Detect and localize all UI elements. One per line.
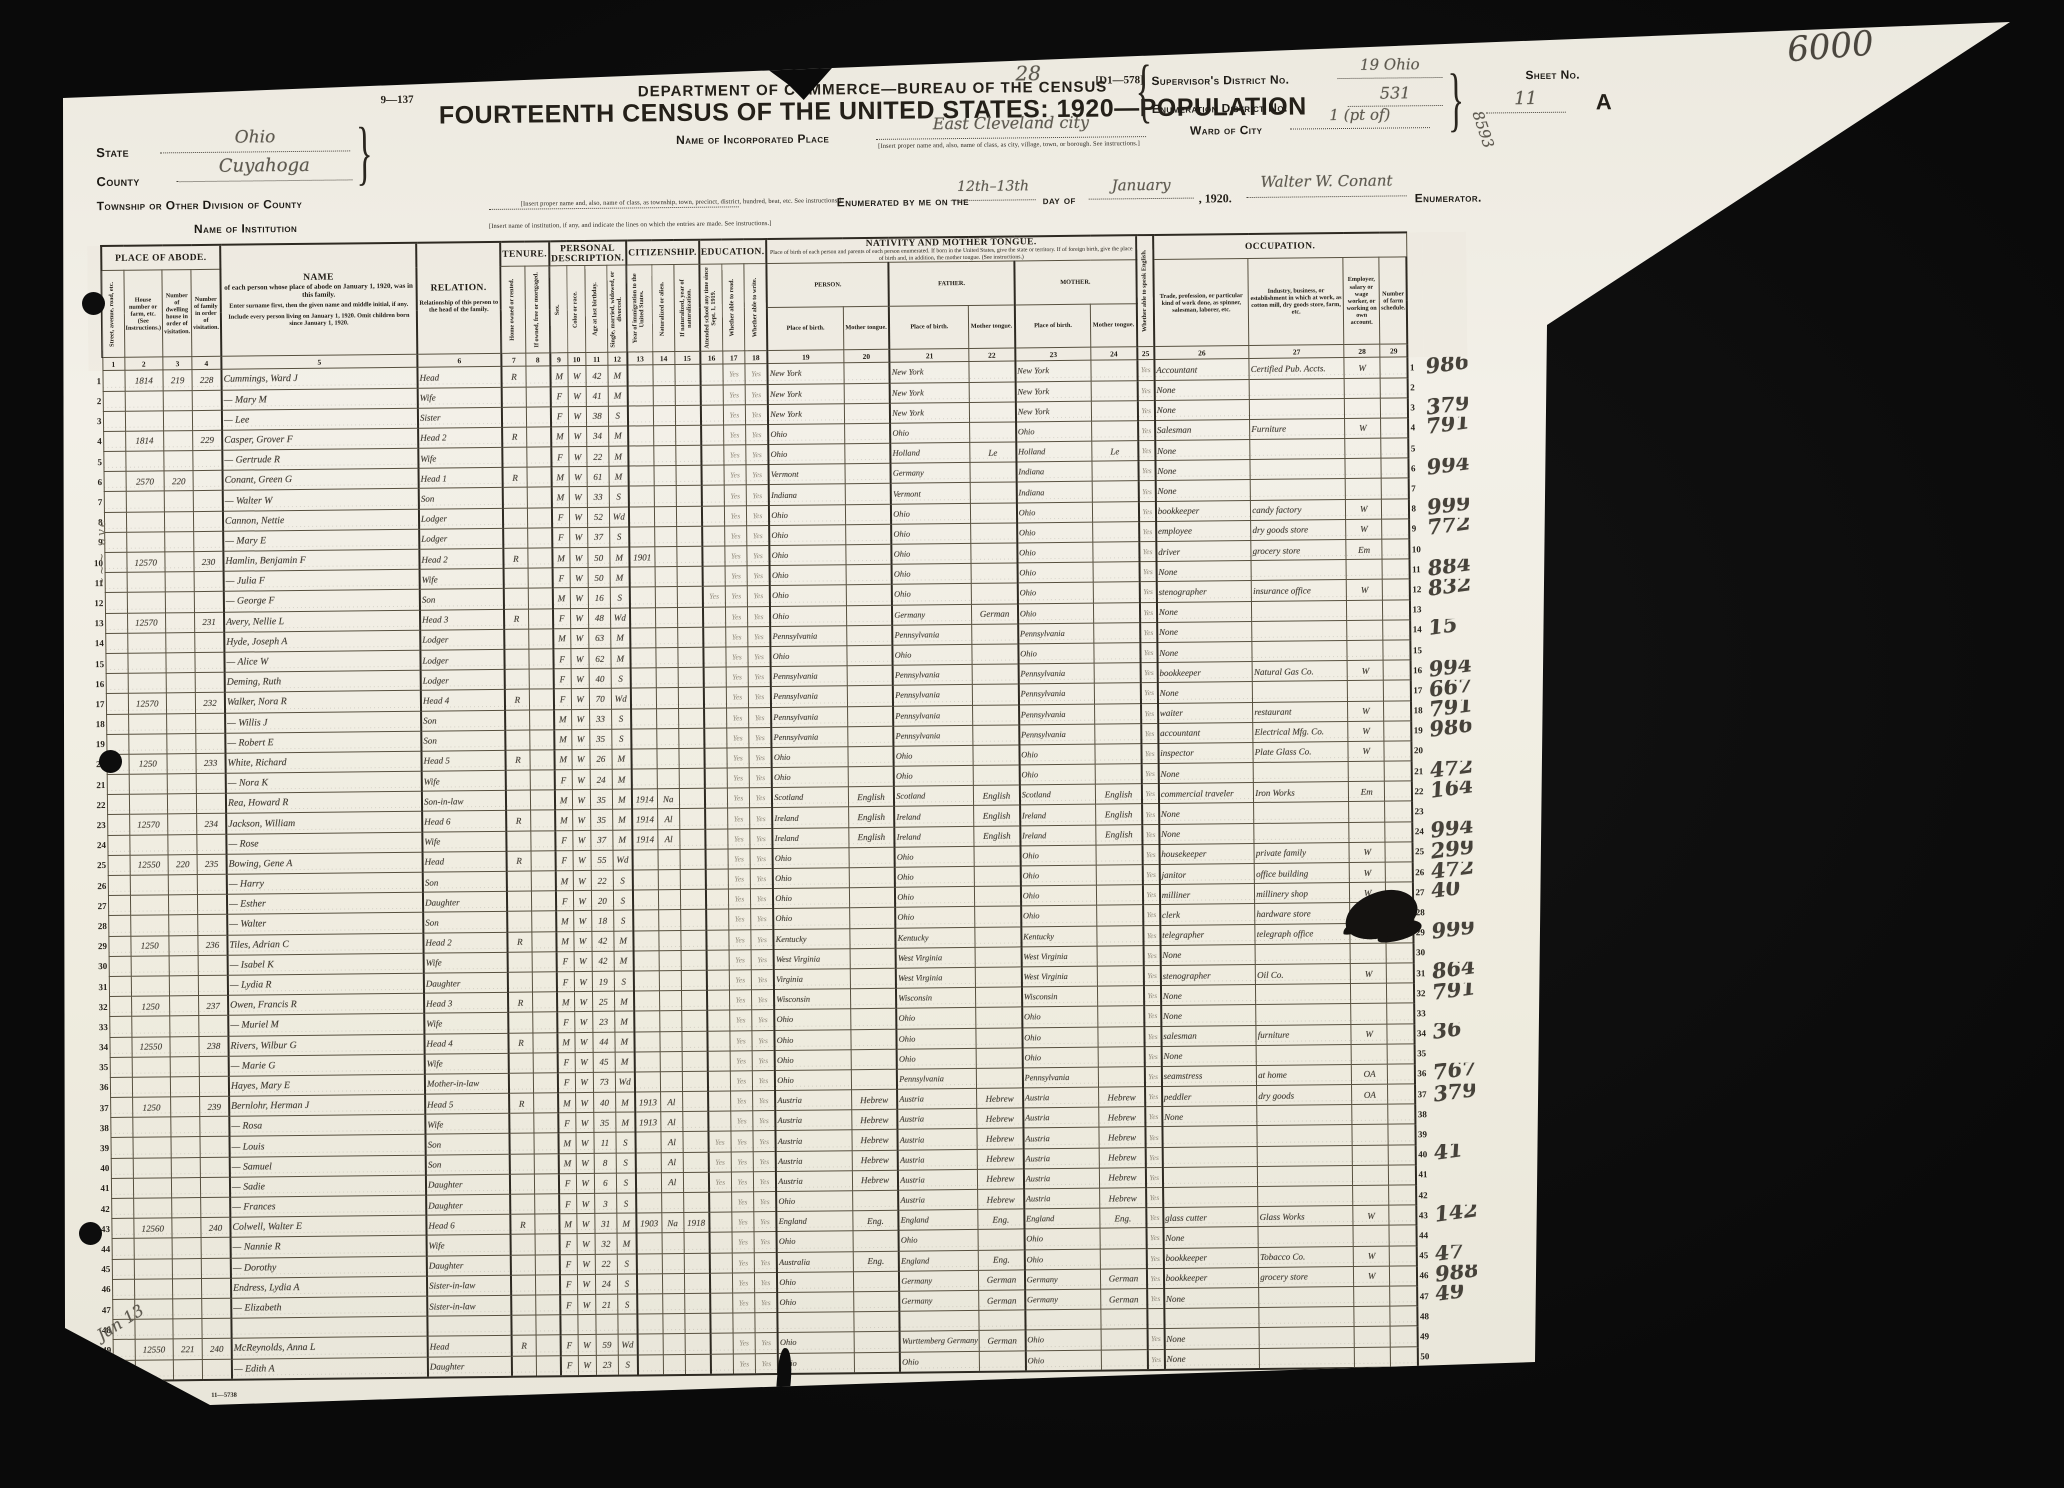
cell-na <box>656 668 678 688</box>
cell-im <box>634 1011 659 1031</box>
cell-rd: Yes <box>724 465 746 485</box>
cell-wr: Yes <box>752 1050 775 1070</box>
cell-in: furniture <box>1256 1024 1351 1045</box>
cell-n: — Lydia R <box>228 973 424 995</box>
cell-fb: Ohio <box>900 1351 980 1373</box>
cell-t <box>511 1255 536 1275</box>
column-number: 25 <box>1137 347 1154 360</box>
column-number: 14 <box>652 352 674 365</box>
margin-number: 49 <box>1434 1285 1466 1306</box>
cell-in: at home <box>1257 1064 1352 1085</box>
line-number-right: 2 <box>1408 377 1424 397</box>
cell-em: W <box>1348 721 1384 742</box>
cell-t <box>512 1356 537 1377</box>
cell-em <box>1345 438 1381 459</box>
line-number-left: 24 <box>93 835 107 855</box>
cell-s: F <box>560 1254 577 1274</box>
cell-s: F <box>557 1052 574 1072</box>
cell-c: W <box>575 1052 594 1072</box>
cell-in <box>1259 1307 1354 1328</box>
cell-ow <box>530 790 555 810</box>
cell-ow <box>527 507 552 527</box>
cell-c: W <box>576 1153 595 1173</box>
cell-ow <box>533 1093 558 1113</box>
cell-in: Electrical Mfg. Co. <box>1253 721 1348 742</box>
cell-m: M <box>608 365 628 385</box>
cell-s: F <box>560 1295 577 1315</box>
cell-sc <box>710 1353 733 1374</box>
cell-rd: Yes <box>733 1293 755 1313</box>
cell-mb: Ohio <box>1022 1047 1098 1068</box>
cell-rd: Yes <box>729 990 751 1010</box>
cell-d <box>166 673 195 693</box>
cell-s: M <box>556 931 573 951</box>
cell-fs <box>1381 418 1409 438</box>
cell-n: — Gertrude R <box>222 448 418 470</box>
cell-mb: Ireland <box>1020 825 1096 846</box>
cell-en: Yes <box>1140 622 1157 642</box>
cell-st <box>107 795 129 815</box>
cell-a: 40 <box>593 1092 615 1112</box>
column-number: 23 <box>1015 347 1091 361</box>
cell-fm <box>976 1048 1022 1069</box>
cell-f <box>196 713 226 733</box>
cell-im <box>636 1233 661 1253</box>
cell-t <box>509 1073 534 1093</box>
cell-h <box>127 653 166 674</box>
cell-a: 40 <box>589 668 611 688</box>
cell-r: Son <box>421 710 505 731</box>
cell-ow <box>534 1113 559 1133</box>
cell-wr: Yes <box>746 525 769 545</box>
cell-h <box>135 1359 174 1380</box>
line-number-right: 16 <box>1411 660 1427 680</box>
cell-mm <box>1093 542 1139 563</box>
cell-a: 42 <box>592 931 614 951</box>
margin-cell <box>1434 1305 1478 1326</box>
cell-mb: England <box>1024 1208 1100 1229</box>
cell-s: F <box>551 406 568 426</box>
cell-fs <box>1380 377 1408 397</box>
line-number-right: 43 <box>1417 1205 1433 1225</box>
cell-f <box>192 410 222 430</box>
cell-in: Certified Pub. Accts. <box>1249 358 1344 379</box>
cell-in: insurance office <box>1251 580 1346 601</box>
cell-n: Rivers, Wilbur G <box>228 1034 424 1056</box>
cell-t <box>503 528 528 548</box>
cell-mm <box>1092 481 1138 502</box>
cell-h <box>130 875 169 896</box>
cell-sc: Yes <box>702 586 725 606</box>
cell-h: 12570 <box>127 612 166 633</box>
cell-s: M <box>557 992 574 1012</box>
cell-h: 1250 <box>128 754 167 775</box>
cell-mt <box>850 948 896 969</box>
cell-em: W <box>1345 418 1381 439</box>
cell-n: Rea, Howard R <box>226 791 422 813</box>
cell-m: M <box>617 1233 637 1253</box>
cell-oc <box>1162 1146 1257 1167</box>
cell-rd: Yes <box>725 526 747 546</box>
cell-mt: Hebrew <box>852 1130 898 1151</box>
cell-r: Head 3 <box>424 992 508 1013</box>
cell-r: Wife <box>418 447 502 468</box>
cell-fb: Pennsylvania <box>893 665 973 686</box>
line-number-right: 45 <box>1417 1245 1433 1265</box>
line-number-left: 26 <box>94 875 108 895</box>
cell-d <box>165 572 194 592</box>
cell-en: Yes <box>1138 420 1155 440</box>
cell-s: F <box>554 770 571 790</box>
margin-cell <box>1427 639 1471 660</box>
cell-n: — George F <box>224 590 420 612</box>
cell-rd: Yes <box>732 1232 754 1252</box>
cell-n: — Mary E <box>223 529 419 551</box>
cell-f <box>198 975 228 995</box>
cell-ow <box>536 1355 561 1376</box>
line-number-right: 8 <box>1409 498 1425 518</box>
cell-wr: Yes <box>745 424 768 444</box>
cell-d <box>167 713 196 733</box>
cell-ow <box>529 629 554 649</box>
cell-fs <box>1389 1245 1417 1265</box>
line-number-left: 35 <box>96 1057 110 1077</box>
cell-en: Yes <box>1140 602 1157 622</box>
cell-m: S <box>616 1173 636 1193</box>
cell-im <box>634 1031 659 1051</box>
cell-ny <box>684 1233 709 1253</box>
cell-sc <box>702 526 725 546</box>
cell-in <box>1258 1165 1353 1186</box>
cell-r: Head 5 <box>425 1093 509 1114</box>
cell-na <box>656 728 678 748</box>
cell-em: W <box>1344 357 1380 378</box>
cell-oc: None <box>1155 480 1250 501</box>
cell-a: 62 <box>589 648 611 668</box>
cell-sc <box>707 1010 730 1030</box>
cell-pb: Pennsylvania <box>771 706 847 727</box>
cell-wr: Yes <box>745 384 768 404</box>
line-number-right: 10 <box>1410 539 1426 559</box>
cell-t <box>504 649 529 669</box>
incorporated-place-value: East Cleveland city <box>933 113 1089 134</box>
cell-wr: Yes <box>746 485 769 505</box>
cell-m: M <box>612 809 632 829</box>
cell-ow <box>532 952 557 972</box>
cell-oc: housekeeper <box>1159 843 1254 864</box>
cell-t <box>509 1133 534 1153</box>
cell-s: F <box>552 568 569 588</box>
cell-a: 41 <box>586 386 608 406</box>
cell-oc: commercial traveler <box>1159 783 1254 804</box>
col-father-pob: Place of birth. <box>889 305 969 349</box>
cell-fs <box>1389 1185 1417 1205</box>
cell-ny <box>677 587 702 607</box>
cell-im <box>636 1152 661 1172</box>
margin-cell <box>1430 902 1474 923</box>
cell-wr: Yes <box>750 869 773 889</box>
cell-fm: English <box>974 785 1020 806</box>
cell-ow <box>526 386 551 406</box>
cell-oc: None <box>1159 823 1254 844</box>
cell-in <box>1256 1004 1351 1025</box>
group-education: EDUCATION. <box>699 239 767 265</box>
cell-d <box>166 693 195 713</box>
cell-rd: Yes <box>723 364 745 384</box>
cell-t: R <box>502 467 527 487</box>
cell-fb: Ohio <box>893 644 973 665</box>
line-number-right: 22 <box>1412 781 1428 801</box>
cell-im: 1901 <box>629 547 654 567</box>
cell-ow <box>530 729 555 749</box>
ward-value: 1 (pt of) <box>1329 106 1390 125</box>
cell-pb: Wisconsin <box>774 989 850 1010</box>
margin-number: 999 <box>1430 922 1474 943</box>
margin-cell <box>1425 478 1469 499</box>
cell-in: Furniture <box>1250 418 1345 439</box>
margin-number: 667 <box>1428 680 1472 701</box>
line-number-right: 5 <box>1409 438 1425 458</box>
cell-pb: Ohio <box>770 585 846 606</box>
cell-h <box>134 1258 173 1279</box>
cell-t: R <box>509 1093 534 1113</box>
cell-c: W <box>573 870 592 890</box>
cell-h <box>127 572 166 593</box>
group-occupation: OCCUPATION. <box>1153 232 1407 259</box>
cell-im <box>629 567 654 587</box>
cell-f: 239 <box>200 1096 230 1116</box>
cell-h: 2570 <box>126 471 165 492</box>
cell-m: S <box>613 910 633 930</box>
cell-na <box>655 567 677 587</box>
cell-na <box>654 526 676 546</box>
cell-na <box>660 1051 682 1071</box>
cell-s: M <box>554 729 571 749</box>
cell-f <box>196 773 226 793</box>
cell-h <box>133 1178 172 1199</box>
cell-d <box>167 733 196 753</box>
cell-f <box>194 571 224 591</box>
cell-fm: German <box>979 1290 1025 1311</box>
margin-number: 772 <box>1426 518 1470 539</box>
cell-pb: Ohio <box>777 1271 853 1292</box>
cell-rd: Yes <box>732 1212 754 1232</box>
cell-n: — Elizabeth <box>231 1296 427 1318</box>
line-number-right: 33 <box>1415 1003 1431 1023</box>
cell-n: — Edith A <box>232 1357 428 1380</box>
cell-sc <box>703 607 726 627</box>
cell-na: Al <box>660 1092 682 1112</box>
cell-mt <box>849 908 895 929</box>
cell-ny <box>682 1091 707 1111</box>
cell-fb: New York <box>890 382 970 403</box>
cell-st <box>107 835 129 855</box>
cell-mm <box>1094 622 1140 643</box>
cell-mt <box>845 524 891 545</box>
cell-mb <box>1025 1309 1101 1330</box>
col-marital: Single, married, widowed, or divorced. <box>607 265 628 352</box>
cell-in <box>1253 762 1348 783</box>
cell-wr: Yes <box>746 445 769 465</box>
cell-n: Jackson, William <box>226 812 422 834</box>
cell-fb: Kentucky <box>896 927 976 948</box>
cell-oc: None <box>1157 641 1252 662</box>
margin-cell <box>1432 1164 1476 1185</box>
cell-f <box>202 1318 232 1338</box>
cell-mm <box>1092 461 1138 482</box>
cell-a: 35 <box>594 1112 616 1132</box>
cell-s: M <box>550 366 567 386</box>
enumerator-name: Walter W. Conant <box>1261 172 1393 191</box>
col-attended-school: Attended school any time since Sept. 1, … <box>699 264 723 351</box>
cell-na <box>656 708 678 728</box>
cell-mb: Ohio <box>1026 1350 1102 1371</box>
cell-m: M <box>609 446 629 466</box>
cell-fm: German <box>979 1330 1025 1351</box>
cell-rd: Yes <box>724 445 746 465</box>
cell-f: 237 <box>199 995 229 1015</box>
cell-fm <box>972 644 1018 665</box>
margin-cell: 142 <box>1433 1204 1477 1225</box>
cell-im: 1903 <box>636 1213 661 1233</box>
cell-em <box>1352 1145 1388 1166</box>
cell-oc: None <box>1158 682 1253 703</box>
cell-c: W <box>573 931 592 951</box>
cell-fm <box>971 523 1017 544</box>
cell-ow <box>529 689 554 709</box>
group-name: NAME of each person whose place of abode… <box>220 243 417 357</box>
cell-pb: Scotland <box>772 787 848 808</box>
cell-m: S <box>611 729 631 749</box>
margin-cell <box>1426 599 1470 620</box>
cell-c: W <box>572 769 591 789</box>
cell-rd: Yes <box>723 384 745 404</box>
cell-n: Owen, Francis R <box>228 993 424 1015</box>
line-number-left: 36 <box>96 1077 110 1097</box>
col-age: Age at last birthday. <box>585 266 608 353</box>
district-brace-close: } <box>1447 62 1464 142</box>
cell-m: S <box>613 870 633 890</box>
cell-m: S <box>614 971 634 991</box>
line-number-left: 38 <box>96 1118 110 1138</box>
column-number: 10 <box>567 353 586 366</box>
cell-r: Wife <box>418 387 502 408</box>
cell-t: R <box>504 609 529 629</box>
cell-f <box>199 1056 229 1076</box>
cell-r: Lodger <box>421 669 505 690</box>
cell-in <box>1252 620 1347 641</box>
cell-oc: driver <box>1156 541 1251 562</box>
cell-d <box>171 1097 200 1117</box>
line-number-right: 14 <box>1411 619 1427 639</box>
cell-sc <box>707 990 730 1010</box>
line-number-right: 12 <box>1410 579 1426 599</box>
cell-s: M <box>552 548 569 568</box>
cell-s: M <box>553 628 570 648</box>
cell-pb: Ohio <box>773 868 849 889</box>
table-body: 11814219228Cummings, Ward JHeadRMW42MYes… <box>88 357 1478 1381</box>
cell-st <box>106 714 128 734</box>
cell-mb: Austria <box>1024 1188 1100 1209</box>
cell-oc: None <box>1155 399 1250 420</box>
cell-em <box>1345 398 1381 419</box>
cell-em: W <box>1346 499 1382 520</box>
cell-n: — Samuel <box>230 1155 426 1177</box>
cell-in <box>1258 1226 1353 1247</box>
cell-n: Cummings, Ward J <box>221 368 417 390</box>
cell-s: F <box>556 951 573 971</box>
cell-mm: English <box>1096 784 1142 805</box>
cell-em <box>1351 983 1387 1004</box>
cell-im <box>636 1193 661 1213</box>
cell-na: Al <box>661 1172 683 1192</box>
cell-mb: West Virginia <box>1021 966 1097 987</box>
cell-ow <box>527 447 552 467</box>
cell-d <box>173 1359 202 1380</box>
cell-t <box>508 1012 533 1032</box>
cell-in <box>1259 1327 1354 1348</box>
cell-fb: Ohio <box>897 1048 977 1069</box>
cell-fm <box>973 745 1019 766</box>
cell-wr: Yes <box>749 768 772 788</box>
cell-mt <box>851 1029 897 1050</box>
cell-rd: Yes <box>731 1151 753 1171</box>
cell-s: M <box>558 1133 575 1153</box>
cell-fb: Wisconsin <box>896 988 976 1009</box>
group-relation: RELATION. Relationship of this person to… <box>416 242 501 355</box>
cell-m: S <box>616 1132 636 1152</box>
cell-ny <box>678 667 703 687</box>
margin-number: 988 <box>1434 1265 1478 1286</box>
cell-ow <box>528 608 553 628</box>
margin-cell: 47 <box>1433 1245 1477 1266</box>
cell-na <box>653 446 675 466</box>
cell-d <box>163 390 192 410</box>
cell-a: 59 <box>596 1334 618 1354</box>
cell-t <box>509 1053 534 1073</box>
cell-en: Yes <box>1139 541 1156 561</box>
cell-in: millinery shop <box>1255 883 1350 904</box>
cell-d <box>169 935 198 955</box>
cell-d <box>164 451 193 471</box>
cell-mt: Hebrew <box>851 1089 897 1110</box>
cell-pb: England <box>777 1211 853 1232</box>
cell-r: Daughter <box>428 1356 512 1378</box>
cell-fb: Ohio <box>892 543 972 564</box>
margin-cell: 41 <box>1432 1144 1476 1165</box>
cell-r: Wife <box>425 1114 509 1135</box>
census-page: State Ohio County Cuyahoga } 9—137 DEPAR… <box>55 10 2030 1410</box>
cell-mt <box>846 564 892 585</box>
cell-mb: Ohio <box>1017 562 1093 583</box>
cell-ny: 1918 <box>684 1212 709 1232</box>
cell-a: 55 <box>591 850 613 870</box>
margin-cell: 767 <box>1431 1063 1475 1084</box>
cell-sc <box>707 1030 730 1050</box>
cell-c: W <box>574 951 593 971</box>
col-speak-english: Whether able to speak English. <box>1136 235 1154 347</box>
cell-na: Al <box>657 809 679 829</box>
cell-t <box>508 972 533 992</box>
cell-m: M <box>612 749 632 769</box>
cell-im <box>633 870 658 890</box>
cell-mb: Austria <box>1023 1087 1099 1108</box>
col-immigration-year: Year of immigration to the United States… <box>626 265 652 352</box>
cell-pb: Ohio <box>772 767 848 788</box>
cell-h <box>130 915 169 936</box>
cell-s: F <box>557 972 574 992</box>
cell-pb: Ohio <box>778 1332 854 1353</box>
